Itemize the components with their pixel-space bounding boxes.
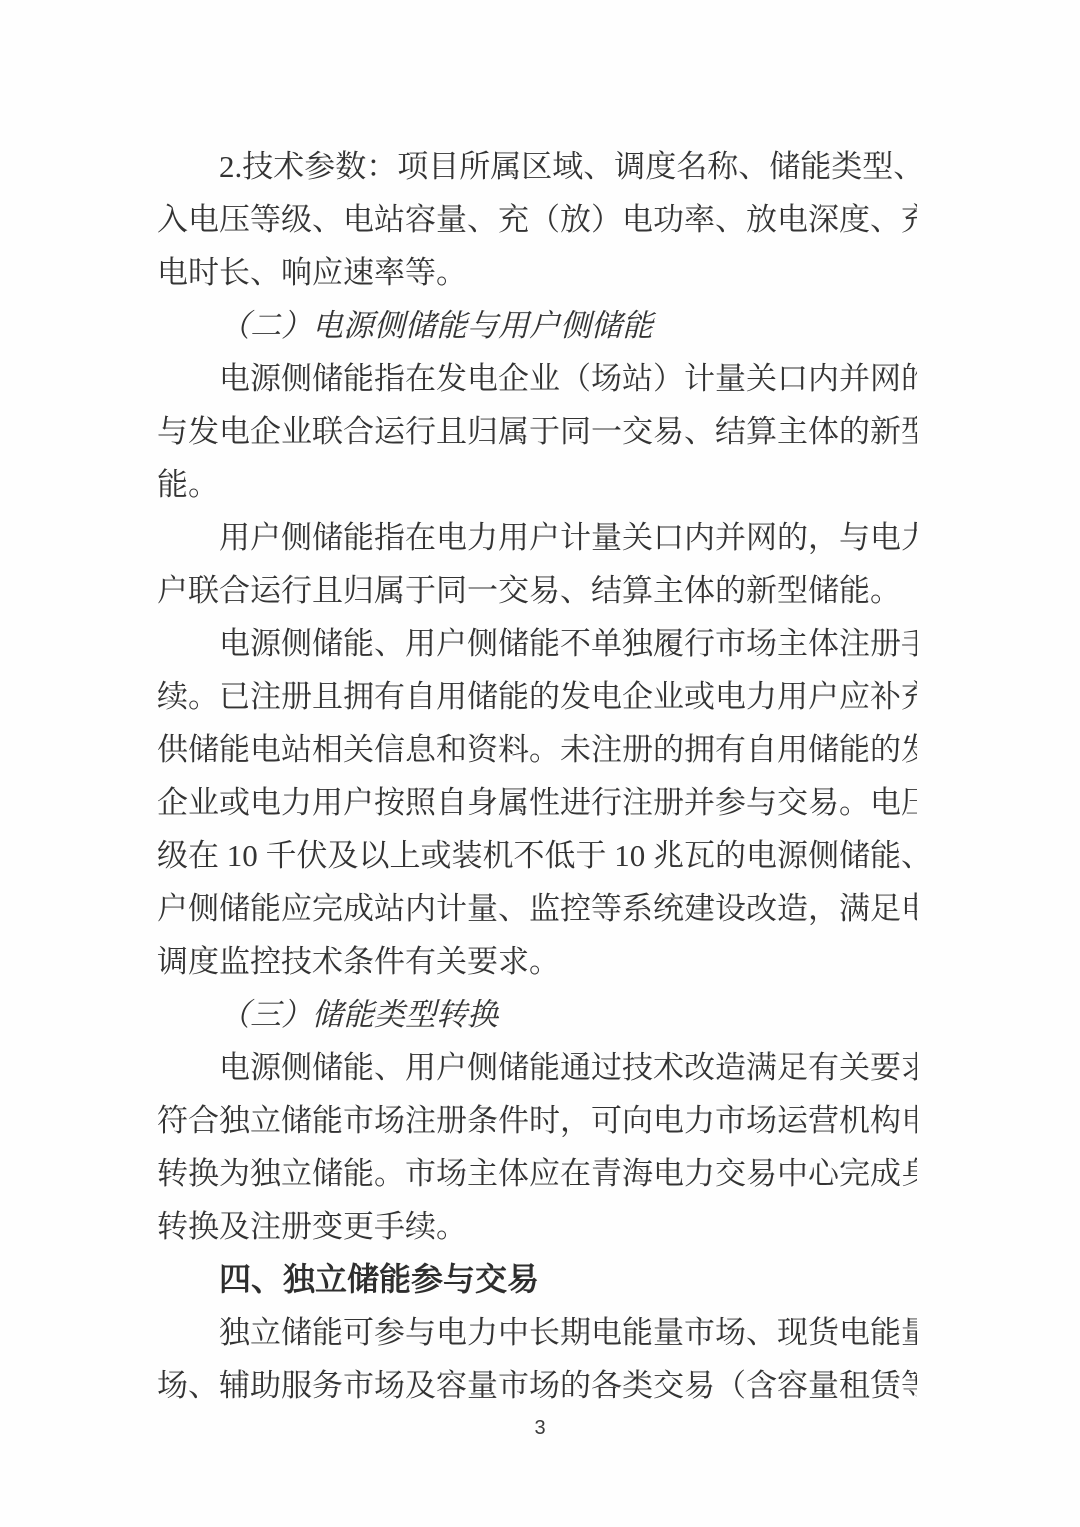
paragraph-line: 符合独立储能市场注册条件时，可向电力市场运营机构申请 bbox=[157, 1094, 917, 1147]
paragraph-line: 调度监控技术条件有关要求。 bbox=[157, 935, 917, 988]
page-number: 3 bbox=[0, 1412, 1080, 1444]
paragraph-line: 电源侧储能指在发电企业（场站）计量关口内并网的， bbox=[157, 352, 917, 405]
paragraph-line: 转换及注册变更手续。 bbox=[157, 1200, 917, 1253]
paragraph-line: 转换为独立储能。市场主体应在青海电力交易中心完成身份 bbox=[157, 1147, 917, 1200]
paragraph-line: 电时长、响应速率等。 bbox=[157, 246, 917, 299]
document-body: 2.技术参数：项目所属区域、调度名称、储能类型、接 入电压等级、电站容量、充（放… bbox=[157, 140, 917, 1412]
document-page: 2.技术参数：项目所属区域、调度名称、储能类型、接 入电压等级、电站容量、充（放… bbox=[0, 0, 1080, 1527]
paragraph-line: 入电压等级、电站容量、充（放）电功率、放电深度、充放 bbox=[157, 193, 917, 246]
paragraph-line: 供储能电站相关信息和资料。未注册的拥有自用储能的发电 bbox=[157, 723, 917, 776]
paragraph-line: 电源侧储能、用户侧储能通过技术改造满足有关要求、 bbox=[157, 1041, 917, 1094]
paragraph-line: 续。已注册且拥有自用储能的发电企业或电力用户应补充提 bbox=[157, 670, 917, 723]
section-heading-3: （三）储能类型转换 bbox=[157, 988, 917, 1041]
paragraph-line: 用户侧储能指在电力用户计量关口内并网的，与电力用 bbox=[157, 511, 917, 564]
section-heading-2: （二）电源侧储能与用户侧储能 bbox=[157, 299, 917, 352]
paragraph-line: 级在 10 千伏及以上或装机不低于 10 兆瓦的电源侧储能、用 bbox=[157, 829, 917, 882]
paragraph-line: 户联合运行且归属于同一交易、结算主体的新型储能。 bbox=[157, 564, 917, 617]
paragraph-line: 企业或电力用户按照自身属性进行注册并参与交易。电压等 bbox=[157, 776, 917, 829]
paragraph-line: 户侧储能应完成站内计量、监控等系统建设改造，满足电网 bbox=[157, 882, 917, 935]
paragraph-line: 2.技术参数：项目所属区域、调度名称、储能类型、接 bbox=[157, 140, 917, 193]
paragraph-line: 与发电企业联合运行且归属于同一交易、结算主体的新型储 bbox=[157, 405, 917, 458]
paragraph-line: 电源侧储能、用户侧储能不单独履行市场主体注册手 bbox=[157, 617, 917, 670]
paragraph-line: 场、辅助服务市场及容量市场的各类交易（含容量租赁等）。 bbox=[157, 1359, 917, 1412]
section-heading-4: 四、独立储能参与交易 bbox=[157, 1253, 917, 1306]
paragraph-line: 能。 bbox=[157, 458, 917, 511]
paragraph-line: 独立储能可参与电力中长期电能量市场、现货电能量市 bbox=[157, 1306, 917, 1359]
